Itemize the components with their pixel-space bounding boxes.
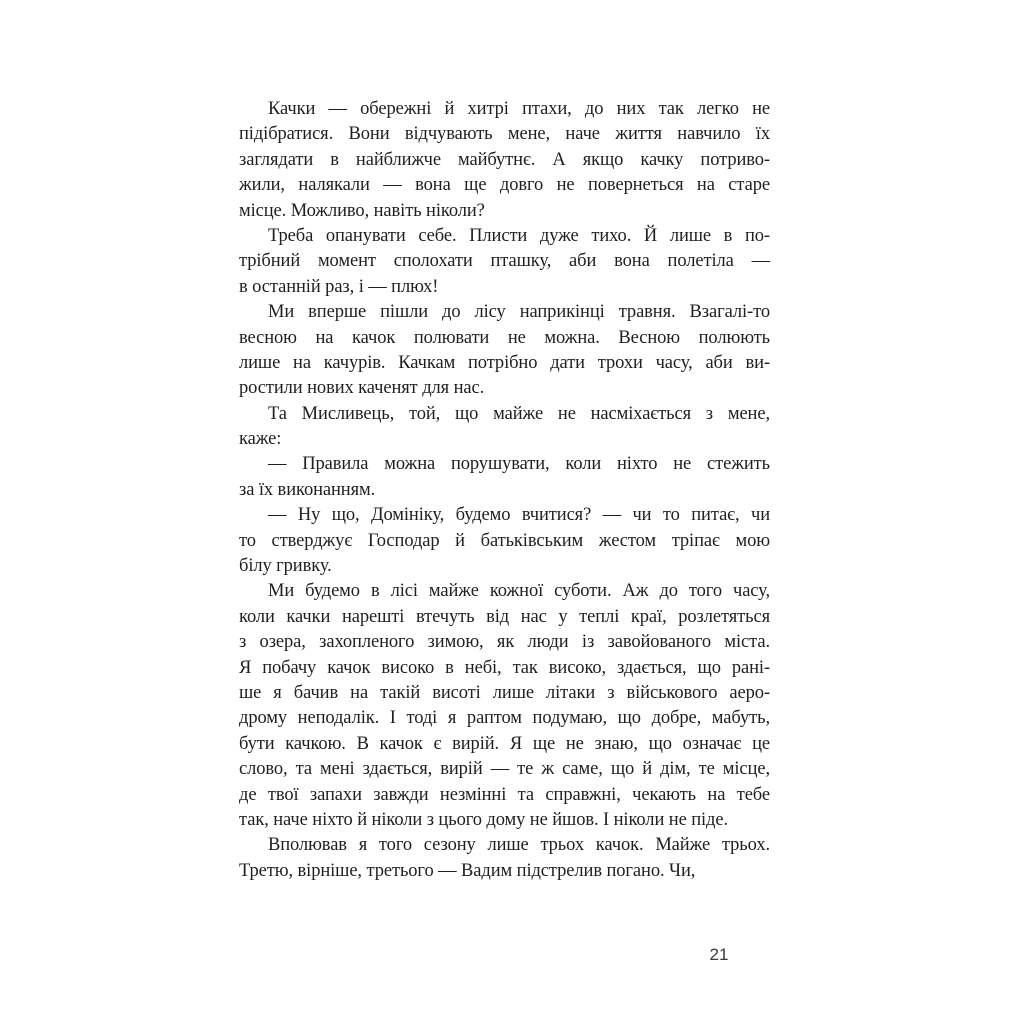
- text-line: Ми будемо в лісі майже кожної суботи. Аж…: [239, 579, 770, 604]
- text-block: Качки — обережні й хитрі птахи, до них т…: [239, 97, 770, 884]
- book-page: Качки — обережні й хитрі птахи, до них т…: [0, 0, 1024, 1024]
- text-line: Вполював я того сезону лише трьох качок.…: [239, 833, 770, 858]
- text-line: заглядати в найближче майбутнє. А якщо к…: [239, 148, 770, 173]
- text-line: в останній раз, і — плюх!: [239, 275, 770, 300]
- text-line: місце. Можливо, навіть ніколи?: [239, 199, 770, 224]
- text-line: бути качкою. В качок є вирій. Я ще не зн…: [239, 732, 770, 757]
- text-line: Качки — обережні й хитрі птахи, до них т…: [239, 97, 770, 122]
- text-line: Ми вперше пішли до лісу наприкінці травн…: [239, 300, 770, 325]
- text-line: Та Мисливець, той, що майже не насміхаєт…: [239, 402, 770, 427]
- text-line: — Правила можна порушувати, коли ніхто н…: [239, 452, 770, 477]
- text-line: коли качки нарешті втечуть від нас у теп…: [239, 605, 770, 630]
- text-line: з озера, захопленого зимою, як люди із з…: [239, 630, 770, 655]
- text-line: де твої запахи завжди незмінні та справж…: [239, 783, 770, 808]
- text-line: трібний момент сполохати пташку, аби вон…: [239, 249, 770, 274]
- text-line: Третю, вірніше, третього — Вадим підстре…: [239, 859, 770, 884]
- text-line: за їх виконанням.: [239, 478, 770, 503]
- text-line: ростили нових каченят для нас.: [239, 376, 770, 401]
- text-line: каже:: [239, 427, 770, 452]
- text-line: то стверджує Господар й батьківським жес…: [239, 529, 770, 554]
- text-line: ше я бачив на такій висоті лише літаки з…: [239, 681, 770, 706]
- page-number: 21: [689, 945, 749, 965]
- text-line: весною на качок полювати не можна. Весно…: [239, 326, 770, 351]
- text-line: Треба опанувати себе. Плисти дуже тихо. …: [239, 224, 770, 249]
- text-line: підібратися. Вони відчувають мене, наче …: [239, 122, 770, 147]
- text-line: так, наче ніхто й ніколи з цього дому не…: [239, 808, 770, 833]
- text-line: слово, та мені здається, вирій — те ж са…: [239, 757, 770, 782]
- text-line: білу гривку.: [239, 554, 770, 579]
- text-line: Я побачу качок високо в небі, так високо…: [239, 656, 770, 681]
- text-line: дрому неподалік. І тоді я раптом подумаю…: [239, 706, 770, 731]
- text-line: — Ну що, Домініку, будемо вчитися? — чи …: [239, 503, 770, 528]
- text-line: лише на качурів. Качкам потрібно дати тр…: [239, 351, 770, 376]
- text-line: жили, налякали — вона ще довго не поверн…: [239, 173, 770, 198]
